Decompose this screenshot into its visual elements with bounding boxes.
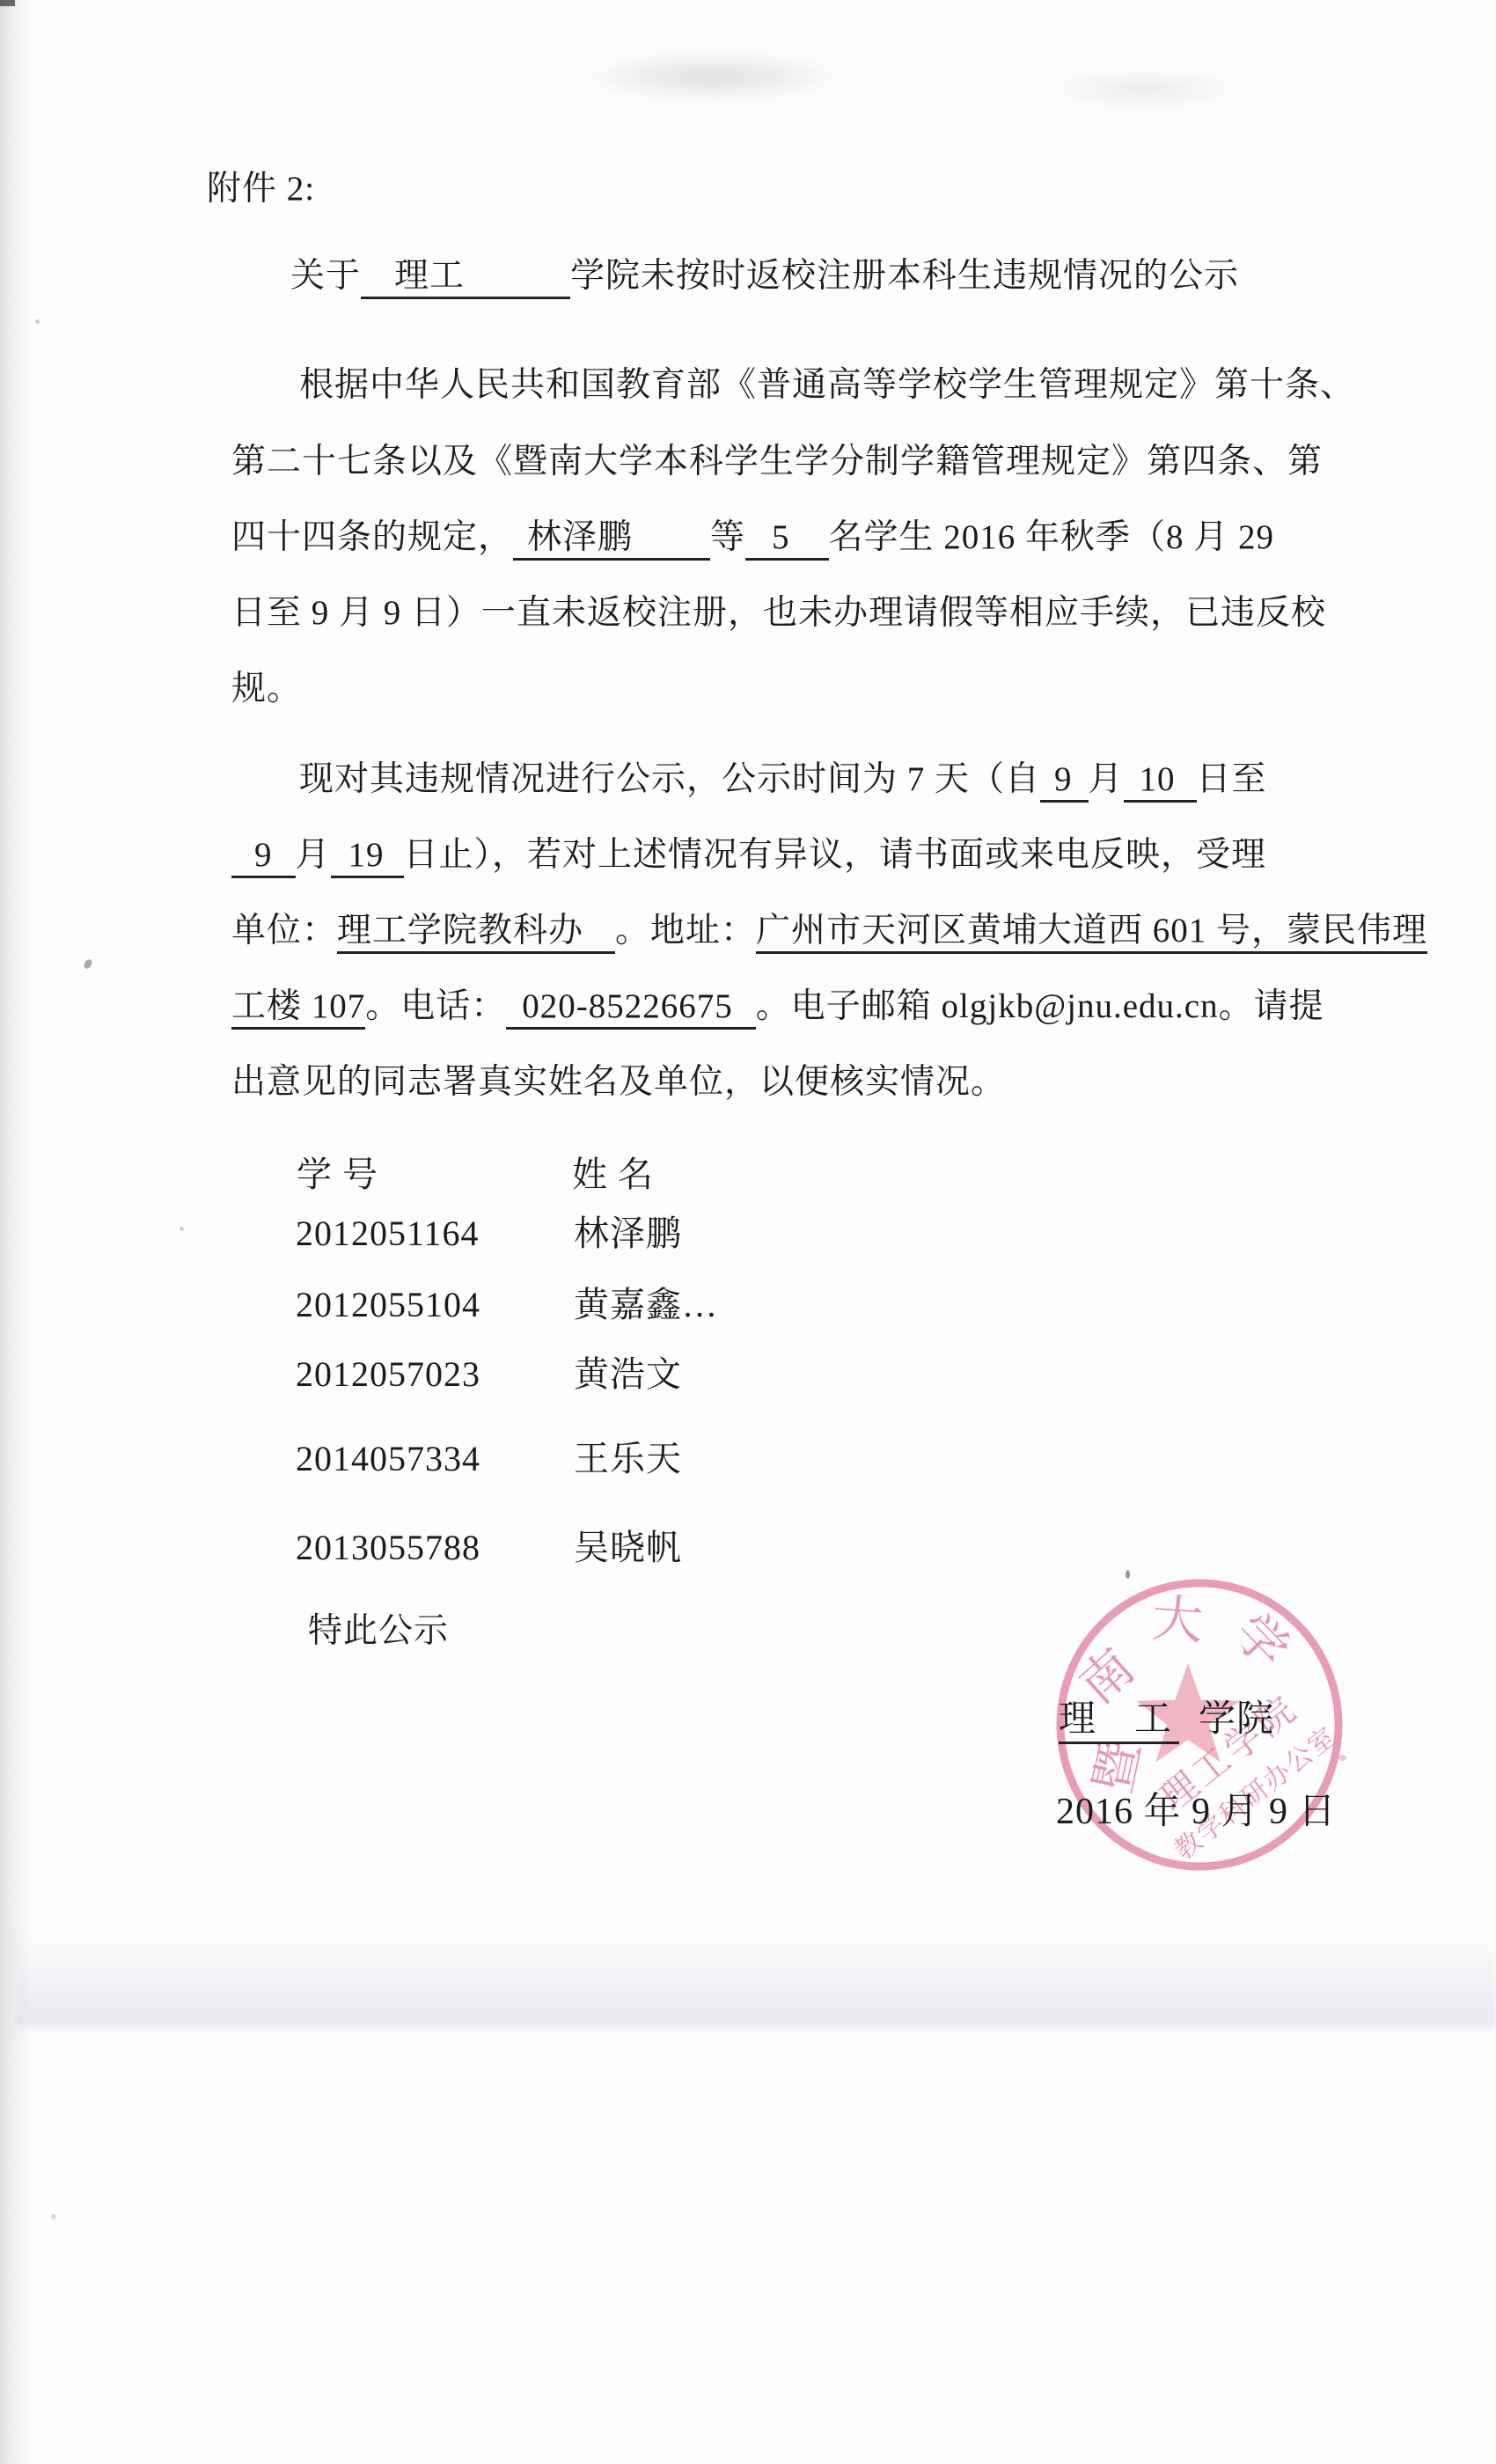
para1-line4: 日至 9 月 9 日）一直未返校注册，也未办理请假等相应手续，已违反校 xyxy=(231,594,1326,634)
phone-fill-in: 020-85226675 xyxy=(506,987,756,1030)
student-id: 2012055104 xyxy=(296,1284,574,1325)
table-row: 2013055788吴晓帆 xyxy=(296,1520,682,1570)
para2-line2-month-char: 月 xyxy=(296,836,331,874)
end-month-fill-in: 9 xyxy=(231,836,296,878)
closing-statement: 特此公示 xyxy=(308,1612,449,1652)
para1-line5: 规。 xyxy=(231,670,302,709)
scan-corner-mark xyxy=(0,0,15,6)
student-id: 2013055788 xyxy=(296,1527,574,1568)
student-name: 黄浩文 xyxy=(574,1354,682,1394)
para1-line1: 根据中华人民共和国教育部《普通高等学校学生管理规定》第十条、 xyxy=(299,366,1355,406)
scan-speck xyxy=(35,319,40,324)
para2-line2: 9月19日止），若对上述情况有异议，请书面或来电反映，受理 xyxy=(231,836,1266,876)
para2-line1-rest: 日至 xyxy=(1197,760,1267,798)
para2-line3-addr-label: 。地址： xyxy=(615,912,756,950)
scanner-edge-shadow xyxy=(0,0,30,2464)
table-row: 2012057023黄浩文 xyxy=(296,1346,682,1397)
student-name: 黄嘉鑫… xyxy=(574,1285,718,1324)
scan-speck xyxy=(83,958,92,970)
para1-line3: 四十四条的规定，林泽鹏等5名学生 2016 年秋季（8 月 29 xyxy=(231,518,1274,558)
table-header-row: 学 号姓 名 xyxy=(297,1147,654,1197)
doc-title: 关于理工学院未按时返校注册本科生违规情况的公示 xyxy=(290,257,1239,297)
para2-line1-text: 现对其违规情况进行公示，公示时间为 7 天（自 xyxy=(299,760,1040,798)
student-name: 吴晓帆 xyxy=(574,1528,682,1567)
title-suffix: 学院未按时返校注册本科生违规情况的公示 xyxy=(570,257,1239,295)
seal-arc-char: 大 xyxy=(1150,1590,1205,1651)
student-count-fill-in: 5 xyxy=(745,518,829,561)
attachment-label: 附件 2: xyxy=(207,170,315,209)
scanned-notice-page: 附件 2: 关于理工学院未按时返校注册本科生违规情况的公示 根据中华人民共和国教… xyxy=(0,0,1496,2464)
student-id: 2012057023 xyxy=(296,1353,574,1395)
scan-tone-band xyxy=(16,1929,1496,2033)
signature-department: 理 工学院 xyxy=(1059,1698,1274,1741)
scan-smudge xyxy=(1034,69,1254,109)
start-day-fill-in: 10 xyxy=(1124,760,1197,803)
column-header-name: 姓 名 xyxy=(572,1155,654,1194)
signature-date: 2016 年 9 月 9 日 xyxy=(1056,1791,1337,1833)
para2-line4: 工楼 107。电话：020-85226675。电子邮箱 olgjkb@jnu.e… xyxy=(231,987,1324,1027)
scan-smudge xyxy=(576,51,849,102)
office-fill-in: 理工学院教科办 xyxy=(337,912,615,954)
para2-line4-phone-label: 。电话： xyxy=(365,987,506,1025)
para1-line2: 第二十七条以及《暨南大学本科学生学分制学籍管理规定》第四条、第 xyxy=(231,443,1323,482)
table-row: 2012051164林泽鹏 xyxy=(296,1206,682,1256)
address-fill-in-cont: 工楼 107 xyxy=(231,987,365,1030)
column-header-student-id: 学 号 xyxy=(297,1147,572,1197)
para2-line1: 现对其违规情况进行公示，公示时间为 7 天（自9月10日至 xyxy=(299,760,1267,800)
para2-line1-month-char: 月 xyxy=(1089,760,1124,798)
seal-arc-char: 暨 xyxy=(1084,1736,1151,1798)
para2-line4-rest: 。电子邮箱 olgjkb@jnu.edu.cn。请提 xyxy=(756,987,1324,1025)
scan-speck xyxy=(51,2214,56,2219)
para2-line5: 出意见的同志署真实姓名及单位，以便核实情况。 xyxy=(231,1063,1006,1103)
para2-line3-unit-label: 单位： xyxy=(231,912,337,950)
end-day-fill-in: 19 xyxy=(331,836,404,878)
signature-college-suffix: 学院 xyxy=(1199,1699,1274,1740)
student-id: 2014057334 xyxy=(296,1438,574,1479)
start-month-fill-in: 9 xyxy=(1040,760,1089,803)
para1-line3-etc: 等 xyxy=(710,518,745,556)
para2-line2-rest: 日止），若对上述情况有异议，请书面或来电反映，受理 xyxy=(404,836,1267,874)
student-name-fill-in: 林泽鹏 xyxy=(513,518,710,561)
para1-line3-text: 四十四条的规定， xyxy=(231,518,513,556)
signature-college-fill-in: 理 工 xyxy=(1059,1699,1179,1744)
scan-speck xyxy=(180,1227,184,1231)
student-id: 2012051164 xyxy=(296,1213,574,1254)
student-name: 林泽鹏 xyxy=(574,1214,682,1253)
table-row: 2014057334王乐天 xyxy=(296,1431,682,1481)
address-fill-in: 广州市天河区黄埔大道西 601 号，蒙民伟理 xyxy=(756,912,1427,954)
student-name: 王乐天 xyxy=(574,1439,682,1478)
para2-line3: 单位：理工学院教科办。地址：广州市天河区黄埔大道西 601 号，蒙民伟理 xyxy=(231,912,1427,951)
title-college-fill-in: 理工 xyxy=(361,257,570,299)
table-row: 2012055104黄嘉鑫… xyxy=(296,1277,718,1327)
title-prefix: 关于 xyxy=(290,257,361,295)
para1-line3-rest: 名学生 2016 年秋季（8 月 29 xyxy=(829,518,1275,556)
